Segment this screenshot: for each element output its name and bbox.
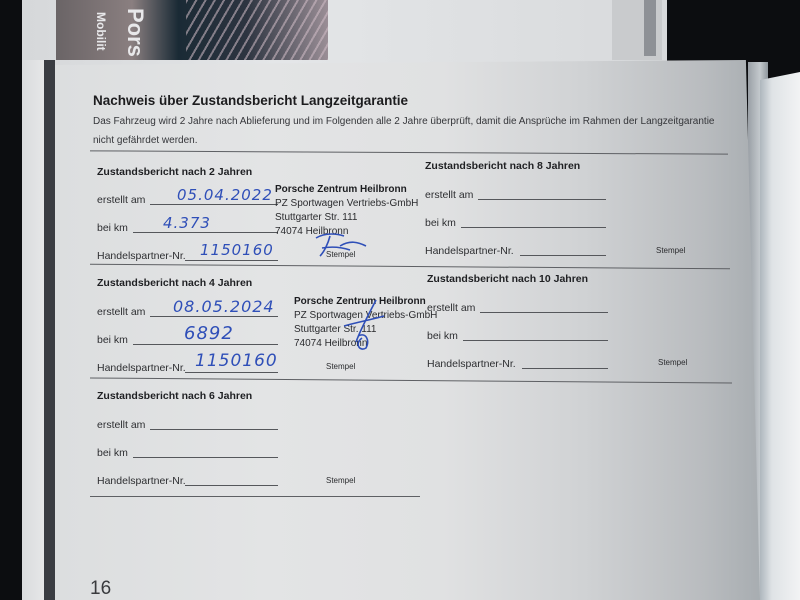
partner-label: Handelspartner-Nr. [97, 250, 186, 262]
partner-label: Handelspartner-Nr. [425, 245, 514, 257]
page-stack-edge [22, 60, 44, 600]
intro-text: Das Fahrzeug wird 2 Jahre nach Ablieferu… [93, 112, 733, 150]
partner-field-line[interactable] [520, 255, 606, 256]
km-handwritten: 4.373 [163, 214, 211, 232]
page-number: 16 [90, 578, 111, 600]
km-field-line[interactable] [133, 232, 278, 233]
km-label: bei km [425, 217, 456, 229]
created-label: erstellt am [97, 419, 145, 431]
section-title: Zustandsbericht nach 2 Jahren [97, 166, 252, 178]
km-label: bei km [97, 334, 128, 346]
partner-number-handwritten: 1150160 [200, 241, 274, 259]
section-title: Zustandsbericht nach 6 Jahren [97, 390, 252, 402]
section-divider [90, 496, 420, 497]
signature-icon [336, 296, 392, 354]
stamp-label: Stempel [326, 250, 355, 259]
section-title: Zustandsbericht nach 8 Jahren [425, 160, 580, 172]
km-field-line[interactable] [463, 340, 608, 341]
created-field-line[interactable] [150, 316, 278, 317]
section-title: Zustandsbericht nach 10 Jahren [427, 273, 588, 285]
created-field-line[interactable] [478, 199, 606, 200]
created-date-handwritten: 08.05.2024 [173, 297, 275, 316]
partner-field-line[interactable] [522, 368, 608, 369]
background-book-tab [644, 0, 656, 56]
created-label: erstellt am [97, 194, 145, 206]
created-label: erstellt am [425, 189, 473, 201]
partner-field-line[interactable] [185, 372, 278, 373]
created-label: erstellt am [427, 302, 475, 314]
cover-facade-pattern [186, 0, 328, 60]
partner-field-line[interactable] [185, 485, 278, 486]
created-date-handwritten: 05.04.2022 [177, 186, 273, 204]
background-book-subtitle: Mobilit [94, 12, 108, 51]
section-title: Zustandsbericht nach 4 Jahren [97, 277, 252, 289]
right-page-edge [760, 72, 800, 600]
stamp-label: Stempel [658, 358, 687, 367]
page-title: Nachweis über Zustandsbericht Langzeitga… [93, 93, 408, 108]
km-label: bei km [427, 330, 458, 342]
created-field-line[interactable] [150, 204, 278, 205]
background-book-right [612, 0, 662, 60]
km-label: bei km [97, 447, 128, 459]
km-field-line[interactable] [133, 457, 278, 458]
km-handwritten: 6892 [184, 323, 234, 344]
stamp-label: Stempel [326, 362, 355, 371]
created-field-line[interactable] [480, 312, 608, 313]
stamp-label: Stempel [656, 246, 685, 255]
background-book-title: Pors [122, 8, 148, 57]
partner-label: Handelspartner-Nr. [97, 475, 186, 487]
stamp-label: Stempel [326, 476, 355, 485]
created-label: erstellt am [97, 306, 145, 318]
page-gap-shadow [44, 60, 55, 600]
partner-field-line[interactable] [185, 260, 278, 261]
km-field-line[interactable] [461, 227, 606, 228]
km-field-line[interactable] [133, 344, 278, 345]
partner-number-handwritten: 1150160 [195, 351, 278, 371]
partner-label: Handelspartner-Nr. [97, 362, 186, 374]
created-field-line[interactable] [150, 429, 278, 430]
km-label: bei km [97, 222, 128, 234]
partner-label: Handelspartner-Nr. [427, 358, 516, 370]
